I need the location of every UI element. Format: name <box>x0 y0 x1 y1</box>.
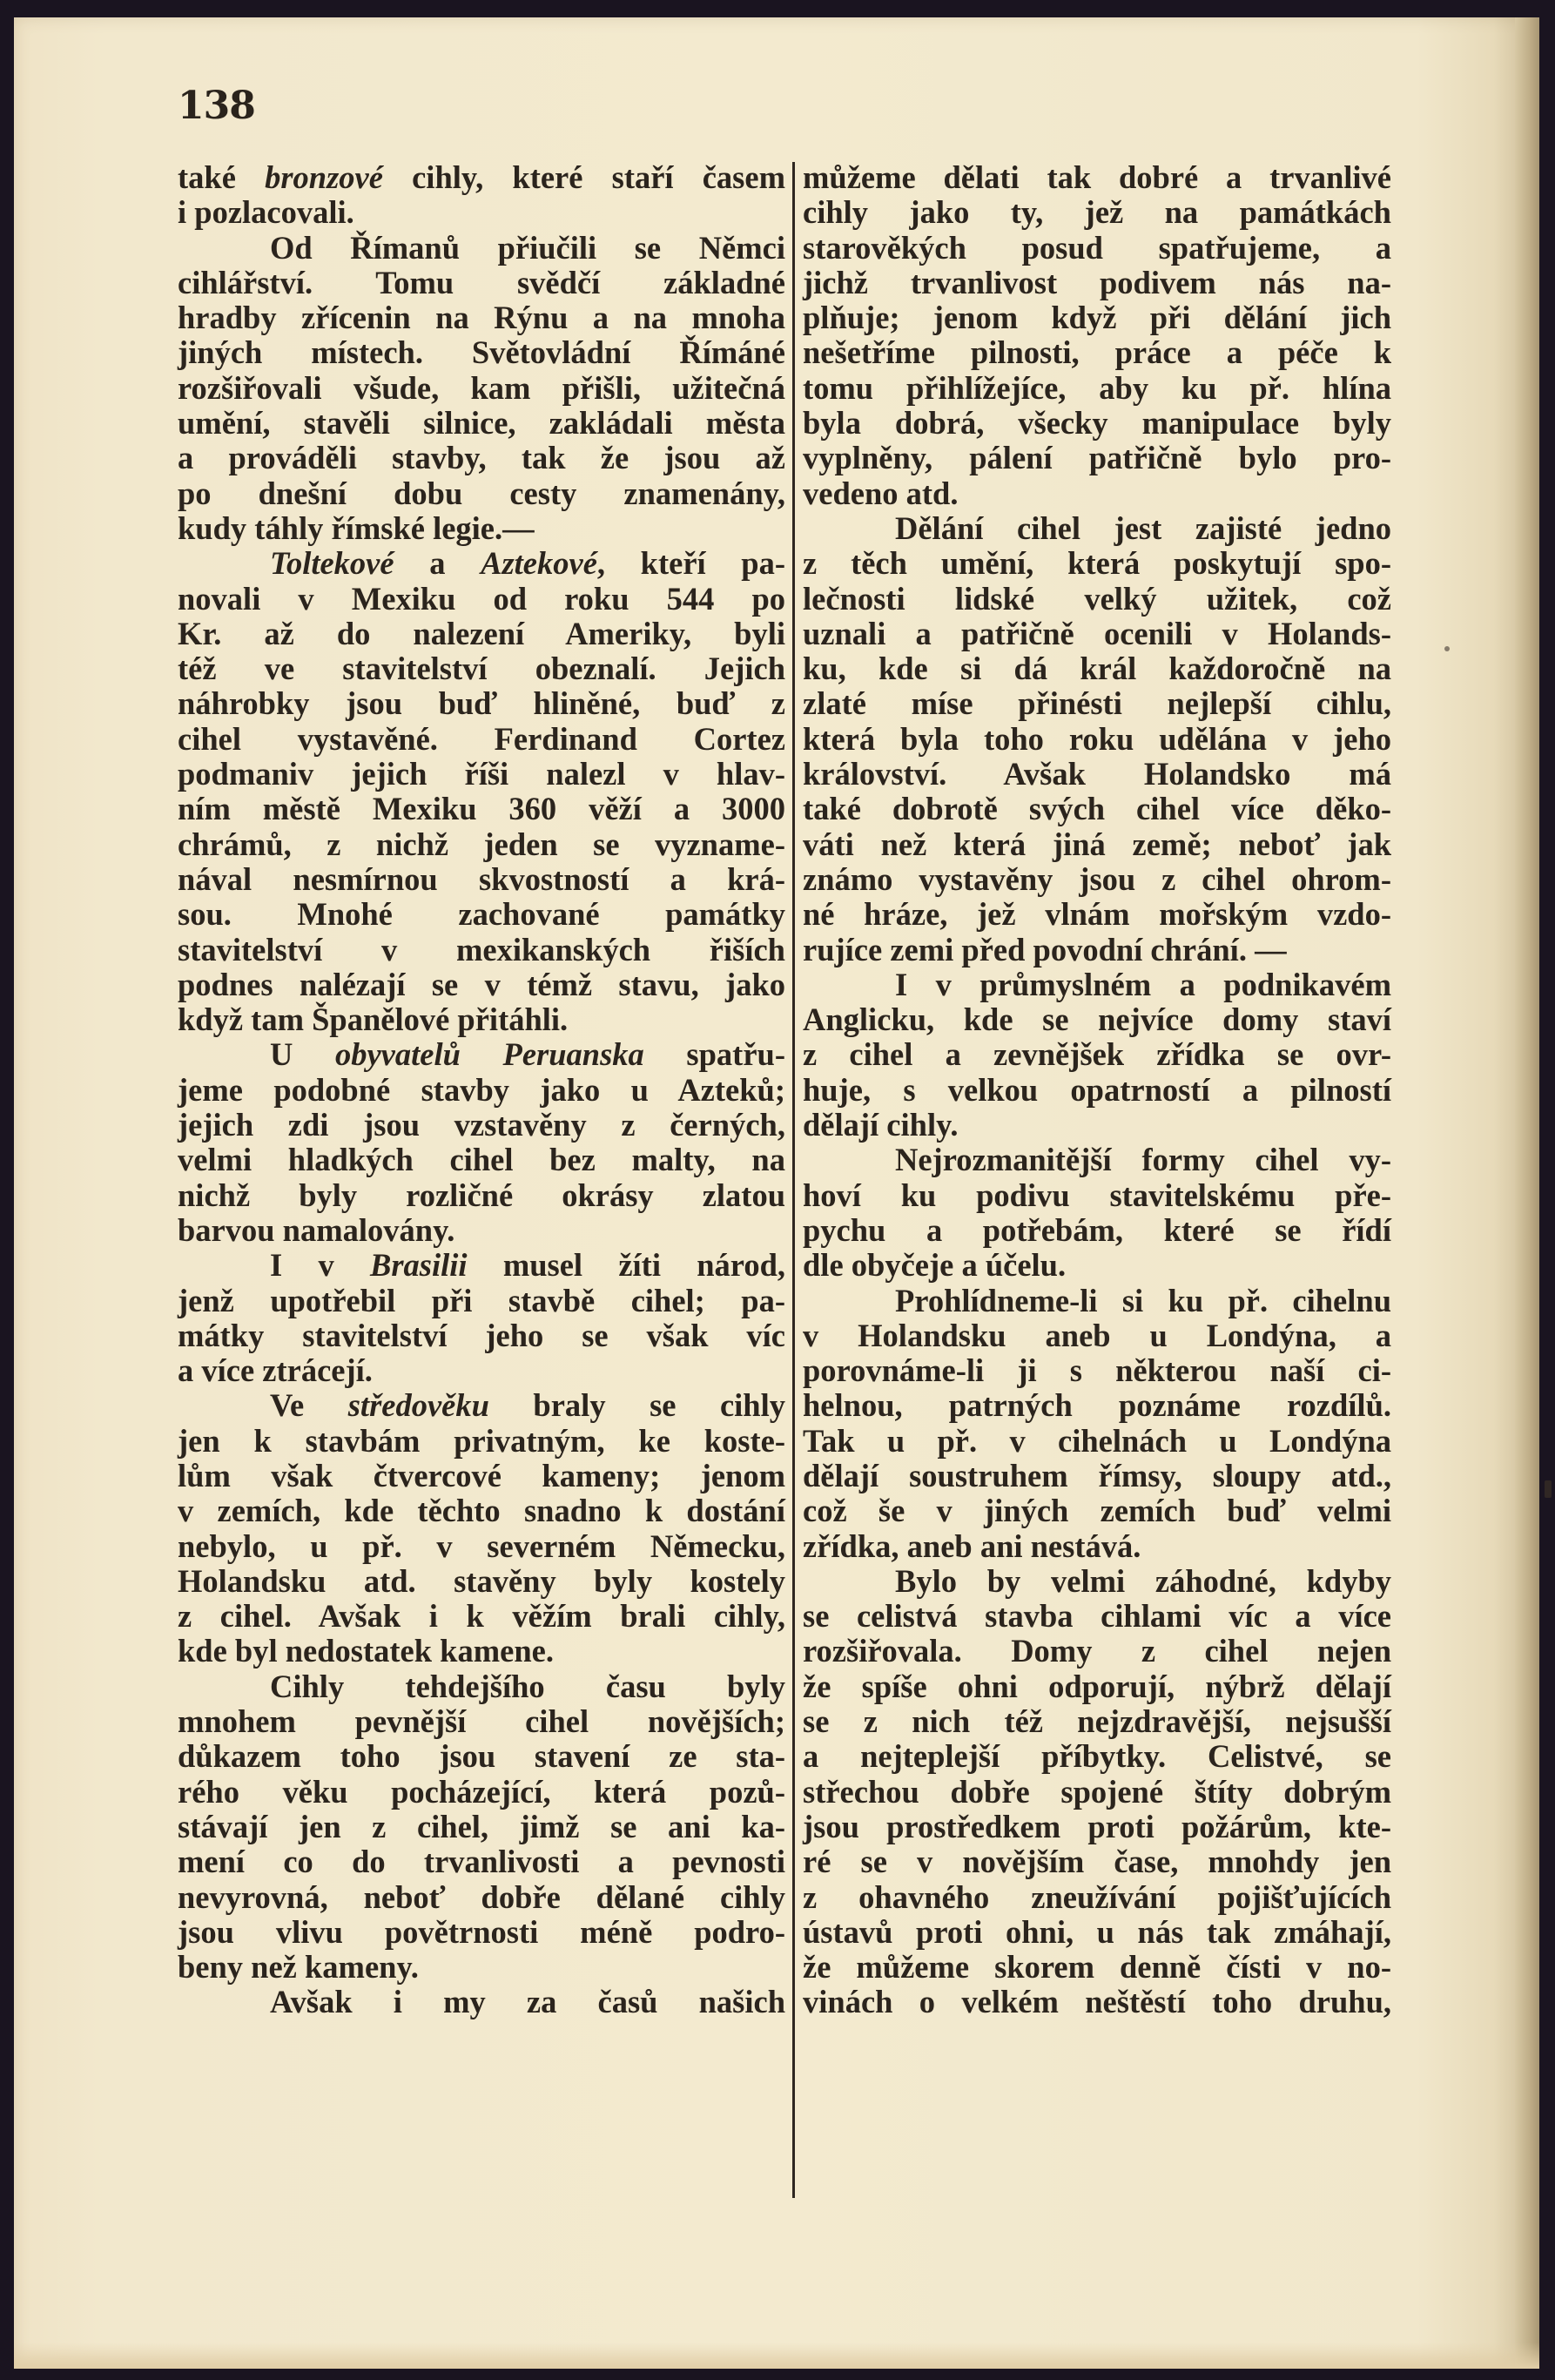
text-run: vinách o velkém neštěstí toho druhu, <box>803 1984 1391 2019</box>
text-run: Ve <box>270 1387 348 1423</box>
text-line: i pozlacovali. <box>178 195 785 230</box>
text-line: také bronzové cihly, které staří časem <box>178 160 785 195</box>
text-run: mení co do trvanlivosti a pevnosti <box>178 1844 785 1879</box>
paper-speck <box>1444 646 1450 651</box>
text-run: což še v jiných zemích buď velmi <box>803 1493 1391 1528</box>
text-run: a nejteplejší příbytky. Celistvé, se <box>803 1738 1391 1774</box>
text-line: cihlářství. Tomu svědčí základné <box>178 266 785 300</box>
text-line: ré se v novějším čase, mnohdy jen <box>803 1844 1391 1879</box>
text-run: jsou prostředkem proti požárům, kte- <box>803 1809 1391 1844</box>
text-run: vedeno atd. <box>803 475 958 511</box>
text-run: Od Římanů přiučili se Němci <box>270 230 785 266</box>
text-line: království. Avšak Holandsko má <box>803 757 1391 792</box>
text-run: nichž byly rozličné okrásy zlatou <box>178 1177 785 1213</box>
text-line: a prováděli stavby, tak že jsou až <box>178 441 785 475</box>
text-line: starověkých posud spatřujeme, a <box>803 231 1391 266</box>
text-line: také dobrotě svých cihel více děko- <box>803 792 1391 826</box>
text-run: z těch umění, která poskytují spo- <box>803 545 1391 581</box>
text-line: nával nesmírnou skvostností a krá- <box>178 862 785 897</box>
text-line: pychu a potřebám, které se řídí <box>803 1213 1391 1248</box>
text-line: vyplněny, pálení patřičně bylo pro- <box>803 441 1391 475</box>
text-line: z těch umění, která poskytují spo- <box>803 546 1391 581</box>
text-run: I v průmyslném a podnikavém <box>895 967 1391 1002</box>
text-run: též ve stavitelství obeznalí. Jejich <box>178 651 785 686</box>
text-line: Dělání cihel jest zajisté jedno <box>803 511 1391 546</box>
text-run: v Holandsku aneb u Londýna, a <box>803 1318 1391 1353</box>
text-line: jsou vlivu povětrnosti méně podro- <box>178 1915 785 1950</box>
text-line: též ve stavitelství obeznalí. Jejich <box>178 651 785 686</box>
text-line: U obyvatelů Peruanska spatřu- <box>178 1037 785 1072</box>
text-run: barvou namalovány. <box>178 1212 454 1248</box>
text-line: kudy táhly římské legie.— <box>178 511 785 546</box>
text-column-right: můžeme dělati tak dobré a trvanlivécihly… <box>803 160 1391 2020</box>
text-line: jen k stavbám privatným, ke koste- <box>178 1424 785 1459</box>
text-line: velmi hladkých cihel bez malty, na <box>178 1143 785 1177</box>
text-line: když tam Španělové přitáhli. <box>178 1002 785 1037</box>
italic-term: bronzové <box>265 159 383 195</box>
text-run: Kr. až do nalezení Ameriky, byli <box>178 616 785 651</box>
text-run: cihly, které staří časem <box>383 159 785 195</box>
text-line: Toltekové a Aztekové, kteří pa- <box>178 546 785 581</box>
text-run: , kteří pa- <box>597 545 785 581</box>
text-run: jiných místech. Světovládní Římáné <box>178 334 785 370</box>
text-run: že můžeme skorem denně čísti v no- <box>803 1949 1391 1985</box>
text-run: kudy táhly římské legie.— <box>178 510 535 546</box>
text-run: pychu a potřebám, které se řídí <box>803 1212 1391 1248</box>
text-run: rujíce zemi před povodní chrání. — <box>803 932 1287 968</box>
text-run: rého věku pocházející, která pozů- <box>178 1774 785 1810</box>
text-run: nešetříme pilnosti, práce a péče k <box>803 334 1391 370</box>
text-run: království. Avšak Holandsko má <box>803 756 1391 792</box>
text-run: také <box>178 159 265 195</box>
italic-term: středověku <box>348 1387 489 1423</box>
text-line: jenž upotřebil při stavbě cihel; pa- <box>178 1284 785 1318</box>
text-run: dle obyčeje a účelu. <box>803 1247 1066 1283</box>
text-run: hradby zřícenin na Rýnu a na mnoha <box>178 300 785 335</box>
text-line: mení co do trvanlivosti a pevnosti <box>178 1844 785 1879</box>
text-line: lům však čtvercové kameny; jenom <box>178 1459 785 1493</box>
text-line: Bylo by velmi záhodné, kdyby <box>803 1564 1391 1599</box>
text-line: jeme podobné stavby jako u Azteků; <box>178 1073 785 1108</box>
text-line: byla dobrá, všecky manipulace byly <box>803 406 1391 441</box>
text-run: velmi hladkých cihel bez malty, na <box>178 1142 785 1177</box>
text-line: cihly jako ty, jež na památkách <box>803 195 1391 230</box>
text-run: můžeme dělati tak dobré a trvanlivé <box>803 159 1391 195</box>
text-line: dělají soustruhem římsy, sloupy atd., <box>803 1459 1391 1493</box>
text-line: kde byl nedostatek kamene. <box>178 1634 785 1669</box>
text-line: z cihel a zevnějšek zřídka se ovr- <box>803 1037 1391 1072</box>
column-divider <box>792 162 795 2198</box>
text-line: rozšiřovala. Domy z cihel nejen <box>803 1634 1391 1669</box>
text-line: hradby zřícenin na Rýnu a na mnoha <box>178 300 785 335</box>
text-run: z ohavného zneužívání pojišťujících <box>803 1879 1391 1915</box>
text-line: I v průmyslném a podnikavém <box>803 968 1391 1002</box>
text-line: podmaniv jejich říši nalezl v hlav- <box>178 757 785 792</box>
text-run: dělají cihly. <box>803 1107 958 1143</box>
text-line: zřídka, aneb ani nestává. <box>803 1529 1391 1564</box>
text-run: Prohlídneme-li si ku př. cihelnu <box>895 1283 1391 1318</box>
text-run: I v <box>270 1247 370 1283</box>
page-edge-right <box>1515 17 1539 2369</box>
text-run: Anglicku, kde se nejvíce domy staví <box>803 1001 1391 1037</box>
text-line: mnohem pevnější cihel novějších; <box>178 1704 785 1739</box>
text-line: beny než kameny. <box>178 1950 785 1985</box>
text-run: dělají soustruhem římsy, sloupy atd., <box>803 1458 1391 1493</box>
text-line: Nejrozmanitější formy cihel vy- <box>803 1143 1391 1177</box>
text-line: Holandsku atd. stavěny byly kostely <box>178 1564 785 1599</box>
text-run: byla dobrá, všecky manipulace byly <box>803 405 1391 441</box>
italic-term: Toltekové <box>270 545 394 581</box>
text-column-left: také bronzové cihly, které staří časemi … <box>178 160 785 2020</box>
text-line: rozšiřovali všude, kam přišli, užitečná <box>178 371 785 406</box>
text-run: důkazem toho jsou stavení ze sta- <box>178 1738 785 1774</box>
text-run: rozšiřovala. Domy z cihel nejen <box>803 1633 1391 1669</box>
text-run: i pozlacovali. <box>178 194 354 230</box>
text-line: ústavů proti ohni, u nás tak zmáhají, <box>803 1915 1391 1950</box>
text-run: jichž trvanlivost podivem nás na- <box>803 265 1391 300</box>
text-run: váti než která jiná země; neboť jak <box>803 826 1391 862</box>
text-line: nešetříme pilnosti, práce a péče k <box>803 335 1391 370</box>
text-line: Prohlídneme-li si ku př. cihelnu <box>803 1284 1391 1318</box>
text-line: z ohavného zneužívání pojišťujících <box>803 1880 1391 1915</box>
text-line: Od Římanů přiučili se Němci <box>178 231 785 266</box>
text-line: a nejteplejší příbytky. Celistvé, se <box>803 1739 1391 1774</box>
text-line: chrámů, z nichž jeden se vyzname- <box>178 827 785 862</box>
text-run: Bylo by velmi záhodné, kdyby <box>895 1563 1391 1599</box>
text-line: sou. Mnohé zachované památky <box>178 897 785 932</box>
text-line: uznali a patřičně ocenili v Holands- <box>803 617 1391 651</box>
text-line: rého věku pocházející, která pozů- <box>178 1775 785 1810</box>
text-line: se celistvá stavba cihlami víc a více <box>803 1599 1391 1634</box>
text-run: Tak u př. v cihelnách u Londýna <box>803 1423 1391 1459</box>
text-line: která byla toho roku udělána v jeho <box>803 722 1391 757</box>
text-line: z cihel. Avšak i k věžím brali cihly, <box>178 1599 785 1634</box>
page-edge-bottom <box>14 2343 1539 2369</box>
text-run: beny než kameny. <box>178 1949 419 1985</box>
text-line: Kr. až do nalezení Ameriky, byli <box>178 617 785 651</box>
text-run: vyplněny, pálení patřičně bylo pro- <box>803 440 1391 475</box>
text-run: U <box>270 1036 335 1072</box>
text-run: ním městě Mexiku 360 věží a 3000 <box>178 791 785 826</box>
text-run: chrámů, z nichž jeden se vyzname- <box>178 826 785 862</box>
text-run: jenž upotřebil při stavbě cihel; pa- <box>178 1283 785 1318</box>
text-run: nebylo, u př. v severném Německu, <box>178 1528 785 1564</box>
text-line: a více ztrácejí. <box>178 1353 785 1388</box>
text-line: důkazem toho jsou stavení ze sta- <box>178 1739 785 1774</box>
text-run: rozšiřovali všude, kam přišli, užitečná <box>178 370 785 406</box>
text-run: že spíše ohni odporují, nýbrž dělají <box>803 1669 1391 1704</box>
text-line: náhrobky jsou buď hliněné, buď z <box>178 686 785 721</box>
text-run: a více ztrácejí. <box>178 1352 373 1388</box>
text-run: nával nesmírnou skvostností a krá- <box>178 861 785 897</box>
text-run: když tam Španělové přitáhli. <box>178 1001 568 1037</box>
text-run: podnes nalézají se v témž stavu, jako <box>178 967 785 1002</box>
text-run: Dělání cihel jest zajisté jedno <box>895 510 1391 546</box>
text-line: plňuje; jenom když při dělání jich <box>803 300 1391 335</box>
text-line: v zemích, kde těchto snadno k dostání <box>178 1493 785 1528</box>
text-line: že spíše ohni odporují, nýbrž dělají <box>803 1669 1391 1704</box>
text-line: vinách o velkém neštěstí toho druhu, <box>803 1985 1391 2019</box>
text-run: spatřu- <box>644 1036 785 1072</box>
text-run: zřídka, aneb ani nestává. <box>803 1528 1141 1564</box>
text-line: tomu přihlížejíce, aby ku př. hlína <box>803 371 1391 406</box>
text-run: cihly jako ty, jež na památkách <box>803 194 1391 230</box>
text-line: Avšak i my za časů našich <box>178 1985 785 2019</box>
text-run: sou. Mnohé zachované památky <box>178 896 785 932</box>
text-line: Ve středověku braly se cihly <box>178 1388 785 1423</box>
text-run: umění, stavěli silnice, zakládali města <box>178 405 785 441</box>
text-line: huje, s velkou opatrností a pilností <box>803 1073 1391 1108</box>
text-run: nevyrovná, neboť dobře dělané cihly <box>178 1879 785 1915</box>
text-run: se z nich též nejzdravější, nejsušší <box>803 1703 1391 1739</box>
text-run: hoví ku podivu stavitelskému pře- <box>803 1177 1391 1213</box>
text-run: uznali a patřičně ocenili v Holands- <box>803 616 1391 651</box>
text-run: a prováděli stavby, tak že jsou až <box>178 440 785 475</box>
text-run: jen k stavbám privatným, ke koste- <box>178 1423 785 1459</box>
text-run: známo vystavěny jsou z cihel ohrom- <box>803 861 1391 897</box>
text-line: ním městě Mexiku 360 věží a 3000 <box>178 792 785 826</box>
text-line: cihel vystavěné. Ferdinand Cortez <box>178 722 785 757</box>
text-run: mátky stavitelství jeho se však víc <box>178 1318 785 1353</box>
text-run: huje, s velkou opatrností a pilností <box>803 1072 1391 1108</box>
text-line: hoví ku podivu stavitelskému pře- <box>803 1178 1391 1213</box>
text-line: barvou namalovány. <box>178 1213 785 1248</box>
text-run: Nejrozmanitější formy cihel vy- <box>895 1142 1391 1177</box>
text-line: známo vystavěny jsou z cihel ohrom- <box>803 862 1391 897</box>
text-line: helnou, patrných poznáme rozdílů. <box>803 1388 1391 1423</box>
text-run: po dnešní dobu cesty znamenány, <box>178 475 785 511</box>
page-number: 138 <box>178 84 255 128</box>
text-line: jichž trvanlivost podivem nás na- <box>803 266 1391 300</box>
text-run: jsou vlivu povětrnosti méně podro- <box>178 1914 785 1950</box>
text-run: Holandsku atd. stavěny byly kostely <box>178 1563 785 1599</box>
text-run: braly se cihly <box>489 1387 785 1423</box>
text-line: podnes nalézají se v témž stavu, jako <box>178 968 785 1002</box>
text-line: vedeno atd. <box>803 476 1391 511</box>
italic-term: Aztekové <box>481 545 597 581</box>
text-line: váti než která jiná země; neboť jak <box>803 827 1391 862</box>
text-run: ré se v novějším čase, mnohdy jen <box>803 1844 1391 1879</box>
text-run: helnou, patrných poznáme rozdílů. <box>803 1387 1391 1423</box>
italic-term: Brasilii <box>370 1247 468 1283</box>
text-run: z cihel. Avšak i k věžím brali cihly, <box>178 1598 785 1634</box>
italic-term: obyvatelů Peruanska <box>335 1036 644 1072</box>
text-run: lečnosti lidské velký užitek, což <box>803 581 1391 617</box>
text-run: ku, kde si dá král každoročně na <box>803 651 1391 686</box>
text-line: stavitelství v mexikanských řiších <box>178 933 785 968</box>
text-run: také dobrotě svých cihel více děko- <box>803 791 1391 826</box>
text-line: Anglicku, kde se nejvíce domy staví <box>803 1002 1391 1037</box>
text-run: zlaté míse přinésti nejlepší cihlu, <box>803 685 1391 721</box>
text-line: zlaté míse přinésti nejlepší cihlu, <box>803 686 1391 721</box>
text-run: která byla toho roku udělána v jeho <box>803 721 1391 757</box>
text-run: mnohem pevnější cihel novějších; <box>178 1703 785 1739</box>
text-run: novali v Mexiku od roku 544 po <box>178 581 785 617</box>
text-line: porovnáme-li ji s některou naší ci- <box>803 1353 1391 1388</box>
text-line: nebylo, u př. v severném Německu, <box>178 1529 785 1564</box>
text-line: mátky stavitelství jeho se však víc <box>178 1318 785 1353</box>
text-run: starověkých posud spatřujeme, a <box>803 230 1391 266</box>
text-run: musel žíti národ, <box>468 1247 785 1283</box>
text-line: rujíce zemi před povodní chrání. — <box>803 933 1391 968</box>
text-line: I v Brasilii musel žíti národ, <box>178 1248 785 1283</box>
text-line: Cihly tehdejšího času byly <box>178 1669 785 1704</box>
text-run: stavitelství v mexikanských řiších <box>178 932 785 968</box>
text-run: né hráze, jež vlnám mořským vzdo- <box>803 896 1391 932</box>
text-run: a <box>394 545 481 581</box>
text-line: né hráze, jež vlnám mořským vzdo- <box>803 897 1391 932</box>
text-run: kde byl nedostatek kamene. <box>178 1633 554 1669</box>
text-run: se celistvá stavba cihlami víc a více <box>803 1598 1391 1634</box>
text-line: dělají cihly. <box>803 1108 1391 1143</box>
text-run: lům však čtvercové kameny; jenom <box>178 1458 785 1493</box>
text-run: porovnáme-li ji s některou naší ci- <box>803 1352 1391 1388</box>
text-line: se z nich též nejzdravější, nejsušší <box>803 1704 1391 1739</box>
text-run: střechou dobře spojené štíty dobrým <box>803 1774 1391 1810</box>
text-run: jeme podobné stavby jako u Azteků; <box>178 1072 785 1108</box>
text-line: jsou prostředkem proti požárům, kte- <box>803 1810 1391 1844</box>
text-run: z cihel a zevnějšek zřídka se ovr- <box>803 1036 1391 1072</box>
text-line: novali v Mexiku od roku 544 po <box>178 582 785 617</box>
text-line: stávají jen z cihel, jimž se ani ka- <box>178 1810 785 1844</box>
page-edge-mark <box>1545 1480 1552 1498</box>
text-line: jiných místech. Světovládní Římáné <box>178 335 785 370</box>
text-line: což še v jiných zemích buď velmi <box>803 1493 1391 1528</box>
text-run: ústavů proti ohni, u nás tak zmáhají, <box>803 1914 1391 1950</box>
text-run: tomu přihlížejíce, aby ku př. hlína <box>803 370 1391 406</box>
text-run: Avšak i my za časů našich <box>270 1984 785 2019</box>
text-line: jejich zdi jsou vzstavěny z černých, <box>178 1108 785 1143</box>
text-line: nichž byly rozličné okrásy zlatou <box>178 1178 785 1213</box>
text-line: lečnosti lidské velký užitek, což <box>803 582 1391 617</box>
text-line: střechou dobře spojené štíty dobrým <box>803 1775 1391 1810</box>
text-run: cihel vystavěné. Ferdinand Cortez <box>178 721 785 757</box>
text-run: v zemích, kde těchto snadno k dostání <box>178 1493 785 1528</box>
text-line: můžeme dělati tak dobré a trvanlivé <box>803 160 1391 195</box>
text-run: jejich zdi jsou vzstavěny z černých, <box>178 1107 785 1143</box>
text-line: v Holandsku aneb u Londýna, a <box>803 1318 1391 1353</box>
text-run: náhrobky jsou buď hliněné, buď z <box>178 685 785 721</box>
text-line: umění, stavěli silnice, zakládali města <box>178 406 785 441</box>
text-line: dle obyčeje a účelu. <box>803 1248 1391 1283</box>
text-line: po dnešní dobu cesty znamenány, <box>178 476 785 511</box>
text-line: Tak u př. v cihelnách u Londýna <box>803 1424 1391 1459</box>
text-run: podmaniv jejich říši nalezl v hlav- <box>178 756 785 792</box>
text-run: cihlářství. Tomu svědčí základné <box>178 265 785 300</box>
text-line: ku, kde si dá král každoročně na <box>803 651 1391 686</box>
text-line: že můžeme skorem denně čísti v no- <box>803 1950 1391 1985</box>
text-run: plňuje; jenom když při dělání jich <box>803 300 1391 335</box>
text-run: stávají jen z cihel, jimž se ani ka- <box>178 1809 785 1844</box>
text-line: nevyrovná, neboť dobře dělané cihly <box>178 1880 785 1915</box>
text-run: Cihly tehdejšího času byly <box>270 1669 785 1704</box>
